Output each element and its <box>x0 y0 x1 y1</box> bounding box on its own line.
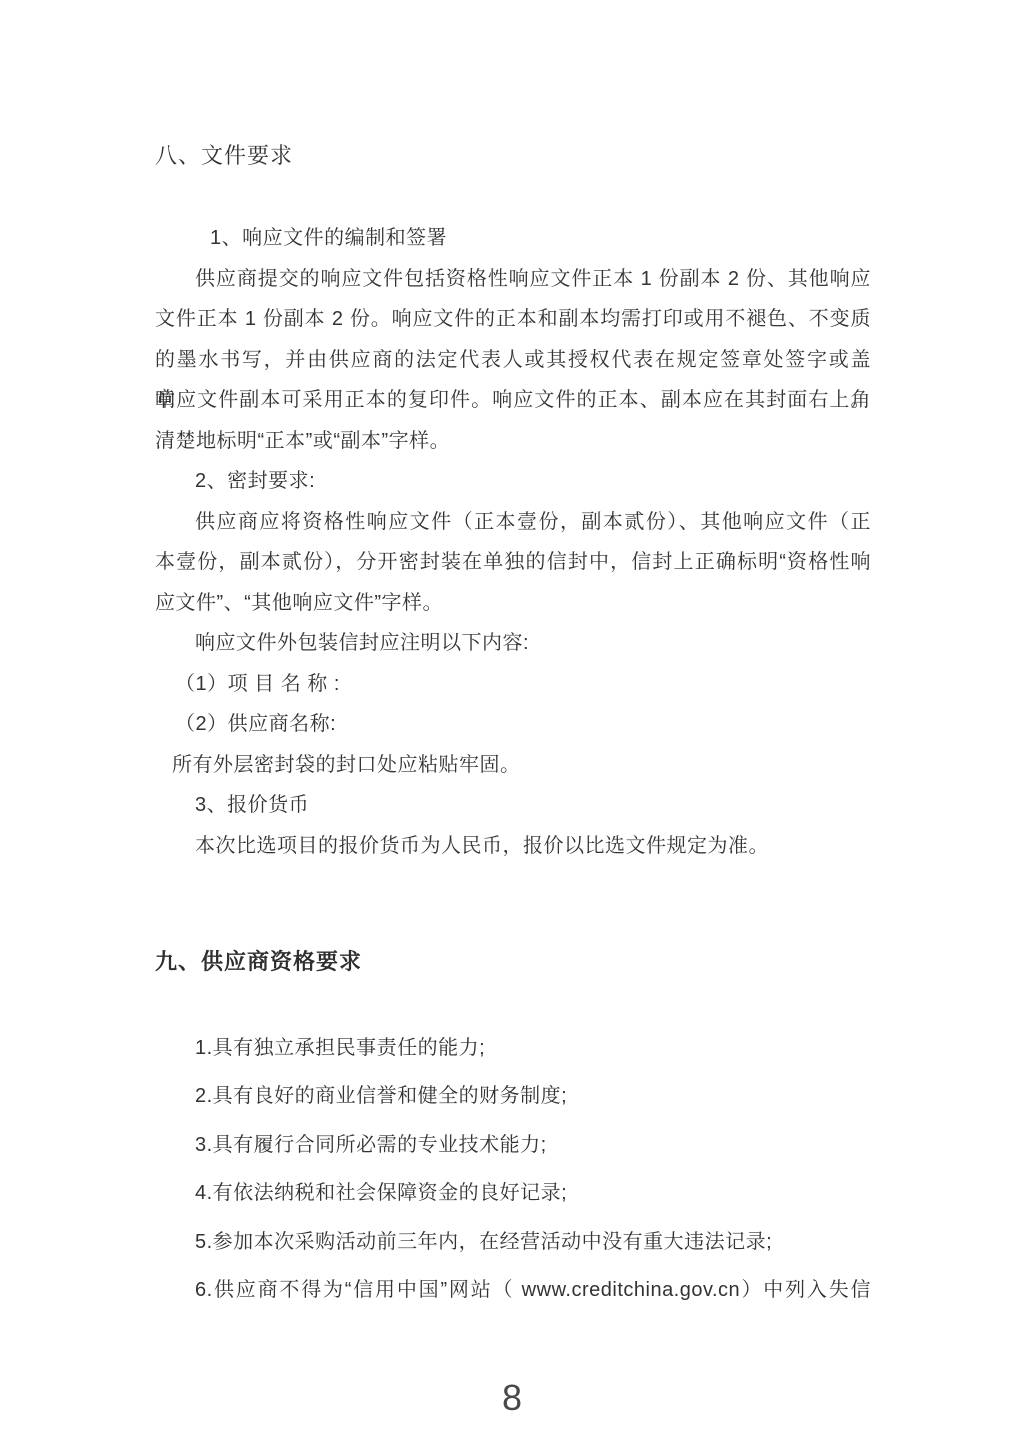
paragraph-line: 响应文件副本可采用正本的复印件。响应文件的正本、副本应在其封面右上角 <box>155 380 871 421</box>
document-page: 八、文件要求 1、响应文件的编制和签署 供应商提交的响应文件包括资格性响应文件正… <box>0 0 1024 1447</box>
list-item-project-name: （1）项 目 名 称 : <box>155 664 871 705</box>
envelope-note-line: 响应文件外包装信封应注明以下内容: <box>155 623 871 664</box>
list-item-supplier-name: （2）供应商名称: <box>155 704 871 745</box>
paragraph-line: 清楚地标明“正本”或“副本”字样。 <box>155 421 871 462</box>
section-8-heading: 八、文件要求 <box>155 143 293 169</box>
paragraph-line: 本壹份，副本贰份），分开密封装在单独的信封中，信封上正确标明“资格性响 <box>155 542 871 583</box>
qualification-item-1: 1.具有独立承担民事责任的能力; <box>155 1024 871 1072</box>
qualification-item-6: 6.供应商不得为“信用中国”网站（ www.creditchina.gov.cn… <box>155 1266 871 1314</box>
paragraph-line: 文件正本 1 份副本 2 份。响应文件的正本和副本均需打印或用不褪色、不变质 <box>155 299 871 340</box>
qualification-item-4: 4.有依法纳税和社会保障资金的良好记录; <box>155 1169 871 1217</box>
page-number: 8 <box>0 1376 1024 1420</box>
paragraph-line: 的墨水书写，并由供应商的法定代表人或其授权代表在规定签章处签字或盖章。 <box>155 340 871 381</box>
section-8-body: 1、响应文件的编制和签署 供应商提交的响应文件包括资格性响应文件正本 1 份副本… <box>155 218 871 866</box>
section-9-heading: 九、供应商资格要求 <box>155 949 362 975</box>
paragraph-line: 本次比选项目的报价货币为人民币，报价以比选文件规定为准。 <box>155 826 871 867</box>
subsection-2-heading: 2、密封要求: <box>155 461 871 502</box>
paragraph-line: 应文件”、“其他响应文件”字样。 <box>155 583 871 624</box>
qualification-item-2: 2.具有良好的商业信誉和健全的财务制度; <box>155 1072 871 1120</box>
qualification-item-5: 5.参加本次采购活动前三年内，在经营活动中没有重大违法记录; <box>155 1218 871 1266</box>
qualification-item-3: 3.具有履行合同所必需的专业技术能力; <box>155 1121 871 1169</box>
subsection-3-heading: 3、报价货币 <box>155 785 871 826</box>
paragraph-line: 所有外层密封袋的封口处应粘贴牢固。 <box>155 745 871 786</box>
section-9-qualification-list: 1.具有独立承担民事责任的能力; 2.具有良好的商业信誉和健全的财务制度; 3.… <box>155 1024 871 1314</box>
paragraph-line: 供应商提交的响应文件包括资格性响应文件正本 1 份副本 2 份、其他响应 <box>155 259 871 300</box>
subsection-1-heading: 1、响应文件的编制和签署 <box>155 218 871 259</box>
paragraph-line: 供应商应将资格性响应文件（正本壹份，副本贰份）、其他响应文件（正 <box>155 502 871 543</box>
